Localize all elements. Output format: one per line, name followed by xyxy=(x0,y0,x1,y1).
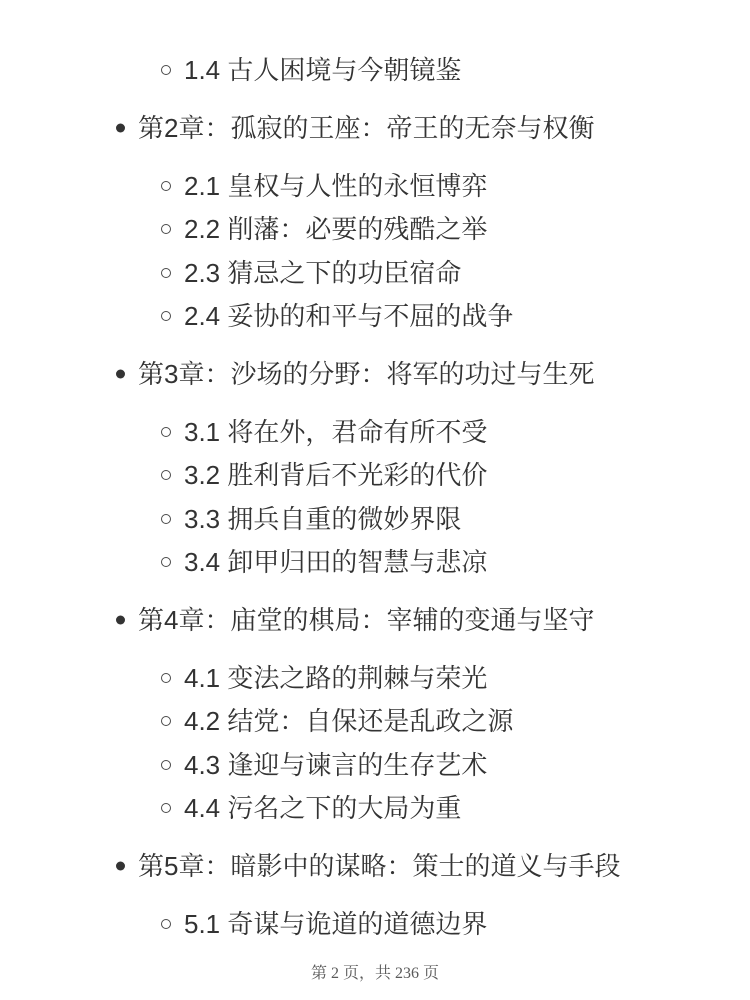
hollow-bullet-icon xyxy=(161,181,171,191)
hollow-bullet-icon xyxy=(161,427,171,437)
hollow-bullet-icon xyxy=(161,268,171,278)
toc-item-label: 5.1 奇谋与诡道的道德边界 xyxy=(184,909,487,939)
toc-item-label: 4.3 逢迎与谏言的生存艺术 xyxy=(184,750,487,780)
filled-bullet-icon xyxy=(116,370,125,379)
toc-sub-item: 4.2 结党：自保还是乱政之源 xyxy=(0,707,750,735)
toc-sub-item: 3.2 胜利背后不光彩的代价 xyxy=(0,461,750,489)
filled-bullet-icon xyxy=(116,616,125,625)
toc-sub-item: 3.3 拥兵自重的微妙界限 xyxy=(0,505,750,533)
toc-item-label: 4.4 污名之下的大局为重 xyxy=(184,793,461,823)
toc-item-label: 3.3 拥兵自重的微妙界限 xyxy=(184,504,461,534)
toc-item-label: 第2章：孤寂的王座：帝王的无奈与权衡 xyxy=(138,113,594,143)
toc-item-label: 3.4 卸甲归田的智慧与悲凉 xyxy=(184,547,487,577)
toc-sub-item: 2.4 妥协的和平与不屈的战争 xyxy=(0,302,750,330)
toc-sub-item: 3.1 将在外，君命有所不受 xyxy=(0,418,750,446)
toc-item-label: 2.1 皇权与人性的永恒博弈 xyxy=(184,171,487,201)
page-number-footer: 第 2 页，共 236 页 xyxy=(0,964,750,984)
hollow-bullet-icon xyxy=(161,514,171,524)
toc-chapter-item: 第4章：庙堂的棋局：宰辅的变通与坚守 xyxy=(0,606,750,634)
toc-item-label: 4.1 变法之路的荆棘与荣光 xyxy=(184,663,487,693)
toc-sub-item: 2.1 皇权与人性的永恒博弈 xyxy=(0,172,750,200)
hollow-bullet-icon xyxy=(161,919,171,929)
hollow-bullet-icon xyxy=(161,224,171,234)
toc-sub-item: 3.4 卸甲归田的智慧与悲凉 xyxy=(0,548,750,576)
toc-sub-item: 1.4 古人困境与今朝镜鉴 xyxy=(0,56,750,84)
hollow-bullet-icon xyxy=(161,557,171,567)
hollow-bullet-icon xyxy=(161,716,171,726)
table-of-contents: 1.4 古人困境与今朝镜鉴第2章：孤寂的王座：帝王的无奈与权衡2.1 皇权与人性… xyxy=(0,0,750,953)
toc-item-label: 第3章：沙场的分野：将军的功过与生死 xyxy=(138,359,594,389)
hollow-bullet-icon xyxy=(161,311,171,321)
toc-item-label: 1.4 古人困境与今朝镜鉴 xyxy=(184,55,461,85)
hollow-bullet-icon xyxy=(161,803,171,813)
hollow-bullet-icon xyxy=(161,760,171,770)
toc-item-label: 4.2 结党：自保还是乱政之源 xyxy=(184,706,513,736)
toc-sub-item: 5.1 奇谋与诡道的道德边界 xyxy=(0,910,750,938)
hollow-bullet-icon xyxy=(161,673,171,683)
toc-item-label: 3.1 将在外，君命有所不受 xyxy=(184,417,487,447)
toc-sub-item: 4.3 逢迎与谏言的生存艺术 xyxy=(0,751,750,779)
toc-chapter-item: 第3章：沙场的分野：将军的功过与生死 xyxy=(0,360,750,388)
toc-sub-item: 2.2 削藩：必要的残酷之举 xyxy=(0,215,750,243)
toc-sub-item: 2.3 猜忌之下的功臣宿命 xyxy=(0,259,750,287)
toc-sub-item: 4.1 变法之路的荆棘与荣光 xyxy=(0,664,750,692)
filled-bullet-icon xyxy=(116,124,125,133)
toc-chapter-item: 第5章：暗影中的谋略：策士的道义与手段 xyxy=(0,852,750,880)
toc-item-label: 2.3 猜忌之下的功臣宿命 xyxy=(184,258,461,288)
document-page: 1.4 古人困境与今朝镜鉴第2章：孤寂的王座：帝王的无奈与权衡2.1 皇权与人性… xyxy=(0,0,750,1000)
toc-item-label: 2.2 削藩：必要的残酷之举 xyxy=(184,214,487,244)
toc-chapter-item: 第2章：孤寂的王座：帝王的无奈与权衡 xyxy=(0,114,750,142)
filled-bullet-icon xyxy=(116,862,125,871)
toc-item-label: 2.4 妥协的和平与不屈的战争 xyxy=(184,301,513,331)
toc-item-label: 第4章：庙堂的棋局：宰辅的变通与坚守 xyxy=(138,605,594,635)
toc-item-label: 第5章：暗影中的谋略：策士的道义与手段 xyxy=(138,851,620,881)
toc-item-label: 3.2 胜利背后不光彩的代价 xyxy=(184,460,487,490)
toc-sub-item: 4.4 污名之下的大局为重 xyxy=(0,794,750,822)
hollow-bullet-icon xyxy=(161,65,171,75)
hollow-bullet-icon xyxy=(161,470,171,480)
